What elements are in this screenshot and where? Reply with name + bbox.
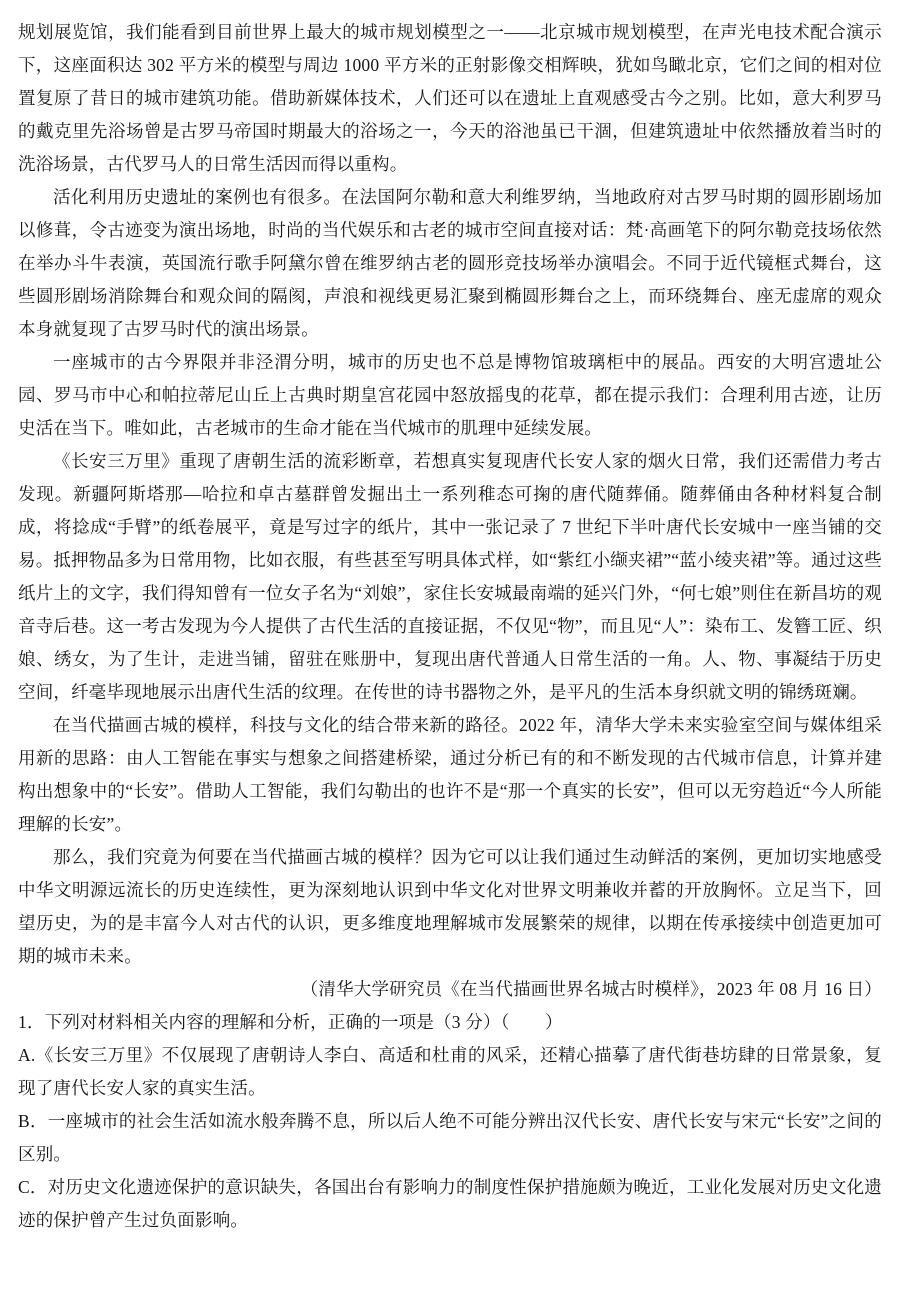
question-1-stem: 1．下列对材料相关内容的理解和分析，正确的一项是（3 分）（ ） — [18, 1006, 882, 1039]
question-1: 1．下列对材料相关内容的理解和分析，正确的一项是（3 分）（ ） A.《长安三万… — [18, 1006, 882, 1237]
exam-page: 规划展览馆，我们能看到目前世界上最大的城市规划模型之一——北京城市规划模型，在声… — [0, 0, 900, 1297]
passage-paragraph-5: 在当代描画古城的模样，科技与文化的结合带来新的路径。2022 年，清华大学未来实… — [18, 709, 882, 841]
passage-paragraph-6: 那么，我们究竟为何要在当代描画古城的模样？因为它可以让我们通过生动鲜活的案例，更… — [18, 841, 882, 973]
passage-paragraph-2: 活化利用历史遗址的案例也有很多。在法国阿尔勒和意大利维罗纳，当地政府对古罗马时期… — [18, 181, 882, 346]
passage-paragraph-1: 规划展览馆，我们能看到目前世界上最大的城市规划模型之一——北京城市规划模型，在声… — [18, 16, 882, 181]
question-1-option-a: A.《长安三万里》不仅展现了唐朝诗人李白、高适和杜甫的风采，还精心描摹了唐代街巷… — [18, 1039, 882, 1105]
question-1-option-b: B．一座城市的社会生活如流水般奔腾不息，所以后人绝不可能分辨出汉代长安、唐代长安… — [18, 1105, 882, 1171]
question-1-option-c: C．对历史文化遗迹保护的意识缺失，各国出台有影响力的制度性保护措施颇为晚近，工业… — [18, 1171, 882, 1237]
passage-paragraph-3: 一座城市的古今界限并非泾渭分明，城市的历史也不总是博物馆玻璃柜中的展品。西安的大… — [18, 346, 882, 445]
passage-paragraph-4: 《长安三万里》重现了唐朝生活的流彩断章，若想真实复现唐代长安人家的烟火日常，我们… — [18, 445, 882, 709]
reading-passage: 规划展览馆，我们能看到目前世界上最大的城市规划模型之一——北京城市规划模型，在声… — [18, 16, 882, 1006]
passage-attribution: （清华大学研究员《在当代描画世界名城古时模样》，2023 年 08 月 16 日… — [18, 973, 882, 1006]
